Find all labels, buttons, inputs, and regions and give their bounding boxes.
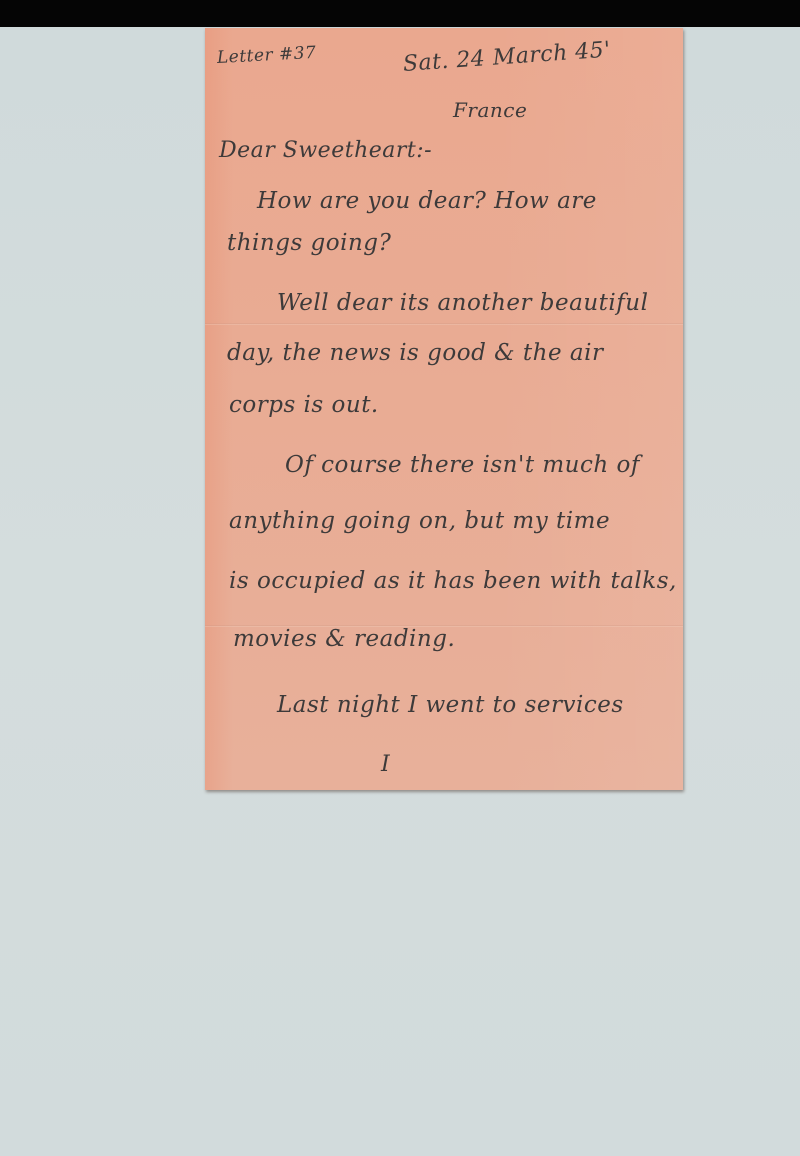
fold-line-upper (205, 323, 683, 325)
letter-number: Letter #37 (216, 43, 316, 68)
continuation-mark: I (381, 752, 390, 777)
letter-line: movies & reading. (233, 626, 455, 652)
letter-line: things going? (227, 230, 391, 256)
letter-line: corps is out. (229, 392, 379, 418)
letter-line: anything going on, but my time (229, 508, 610, 534)
letter-date: Sat. 24 March 45' (402, 38, 611, 77)
letter-line: Well dear its another beautiful (277, 290, 648, 316)
scanner-top-bar (0, 0, 800, 27)
letter-line: is occupied as it has been with talks, (229, 568, 677, 594)
letter-place: France (453, 98, 527, 122)
letter-line: Last night I went to services (277, 692, 624, 718)
salutation: Dear Sweetheart:- (219, 138, 432, 163)
letter-line: How are you dear? How are (257, 188, 597, 214)
letter-line: Of course there isn't much of (285, 452, 640, 478)
letter-line: day, the news is good & the air (227, 340, 603, 366)
letter-page: Letter #37 Sat. 24 March 45' France Dear… (205, 28, 683, 790)
